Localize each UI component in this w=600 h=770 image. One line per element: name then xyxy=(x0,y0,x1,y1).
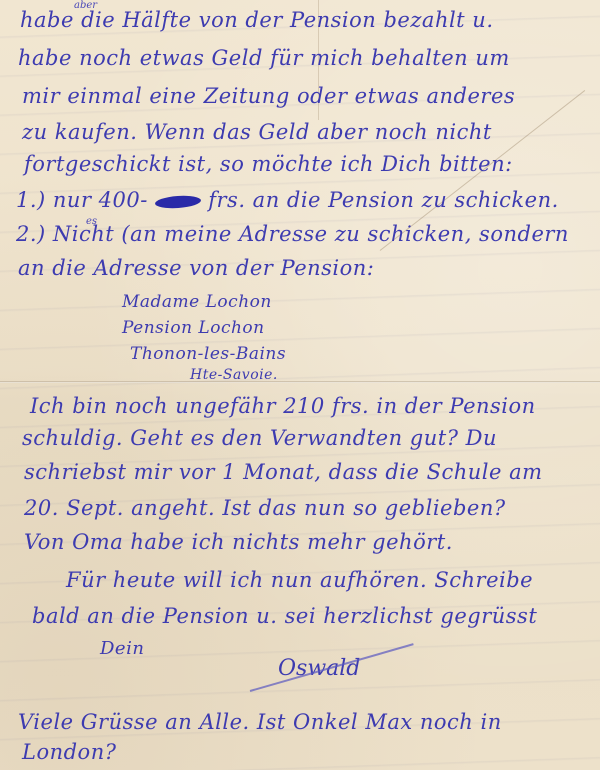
letter-line-13: Von Oma habe ich nichts mehr gehört. xyxy=(24,532,453,553)
closing-line-1: Für heute will ich nun aufhören. Schreib… xyxy=(66,570,533,591)
letter-line-2: habe noch etwas Geld für mich behalten u… xyxy=(18,48,510,69)
letter-line-5: fortgeschickt ist, so möchte ich Dich bi… xyxy=(24,154,513,175)
address-line-3: Thonon-les-Bains xyxy=(130,346,286,363)
redacted-ink-blot xyxy=(155,194,202,209)
letter-line-4: zu kaufen. Wenn das Geld aber noch nicht xyxy=(22,122,492,143)
letter-line-7-item-2: 2.) Nicht (an meine Adresse zu schicken,… xyxy=(16,224,569,245)
paper-bleed-through xyxy=(0,0,600,770)
postscript-line-1: Viele Grüsse an Alle. Ist Onkel Max noch… xyxy=(18,712,502,733)
letter-line-6-item-1: 1.) nur 400- frs. an die Pension zu schi… xyxy=(16,190,559,211)
letter-line-1: habe die Hälfte von der Pension bezahlt … xyxy=(20,10,494,31)
letter-line-11: schriebst mir vor 1 Monat, dass die Schu… xyxy=(24,462,543,483)
letter-line-8: an die Adresse von der Pension: xyxy=(18,258,374,279)
address-line-2: Pension Lochon xyxy=(122,320,265,337)
letter-line-3: mir einmal eine Zeitung oder etwas ander… xyxy=(22,86,515,107)
paper-fold-horizontal xyxy=(0,381,600,383)
postscript-line-2: London? xyxy=(22,742,116,763)
item-1-text-after: frs. an die Pension zu schicken. xyxy=(208,188,559,212)
letter-page: aber habe die Hälfte von der Pension bez… xyxy=(0,0,600,770)
letter-line-10: schuldig. Geht es den Verwandten gut? Du xyxy=(22,428,497,449)
address-line-4: Hte-Savoie. xyxy=(190,368,278,382)
valediction: Dein xyxy=(100,640,144,658)
address-line-1: Madame Lochon xyxy=(122,294,272,311)
letter-line-9: Ich bin noch ungefähr 210 frs. in der Pe… xyxy=(30,396,536,417)
letter-line-12: 20. Sept. angeht. Ist das nun so geblieb… xyxy=(24,498,506,519)
closing-line-2: bald an die Pension u. sei herzlichst ge… xyxy=(32,606,537,627)
item-1-text-before: 1.) nur 400- xyxy=(16,188,148,212)
